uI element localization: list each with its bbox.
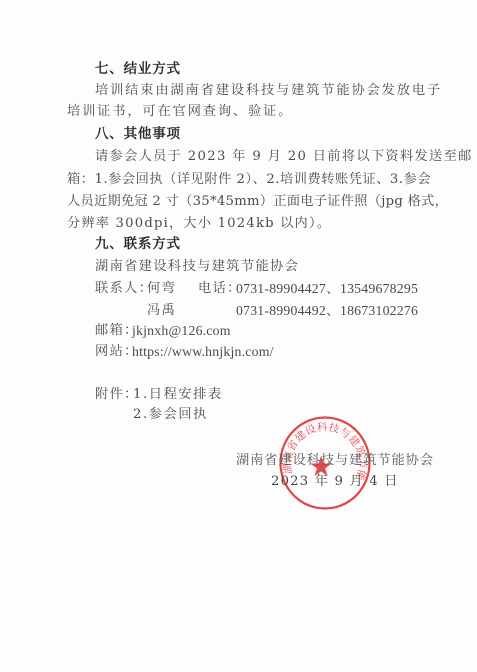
paragraph-line: 分辨率 300dpi，大小 1024kb 以内）。 (67, 216, 331, 232)
attachment-item: 2.参会回执 (133, 407, 208, 423)
attachment-item: 1.日程安排表 (133, 387, 223, 403)
paragraph-line: 请参会人员于 2023 年 9 月 20 日前将以下资料发送至邮 (95, 149, 473, 165)
contact-organization: 湖南省建设科技与建筑节能协会 (95, 259, 299, 275)
paragraph-line: 培训结束由湖南省建设科技与建筑节能协会发放电子 (95, 83, 442, 99)
section-heading-contact: 九、联系方式 (95, 236, 181, 252)
signature-date: 2023 年 9 月 4 日 (271, 474, 399, 490)
paragraph-line: 人员近期免冠 2 寸（35*45mm）正面电子证件照（jpg 格式， (67, 194, 448, 210)
section-heading-other-matters: 八、其他事项 (95, 126, 181, 142)
contact-name: 何弯 (147, 281, 176, 297)
email-address[interactable]: jkjnxh@126.com (132, 323, 231, 339)
paragraph-line: 培训证书，可在官网查询、验证。 (67, 104, 293, 120)
section-heading-completion: 七、结业方式 (95, 61, 181, 77)
contact-phones: 0731-89904427、13549678295 (236, 281, 418, 297)
website-link[interactable]: https://www.hnjkjn.com/ (132, 344, 274, 360)
paragraph-line: 箱：1.参会回执（详见附件 2）、2.培训费转账凭证、3.参会 (67, 172, 431, 188)
document-page: 七、结业方式 培训结束由湖南省建设科技与建筑节能协会发放电子 培训证书，可在官网… (0, 0, 477, 672)
contact-phones: 0731-89904492、18673102276 (236, 303, 418, 319)
signature-organization: 湖南省建设科技与建筑节能协会 (236, 453, 434, 469)
contact-name: 冯禹 (147, 303, 176, 319)
contacts-label: 联系人： (95, 281, 153, 297)
